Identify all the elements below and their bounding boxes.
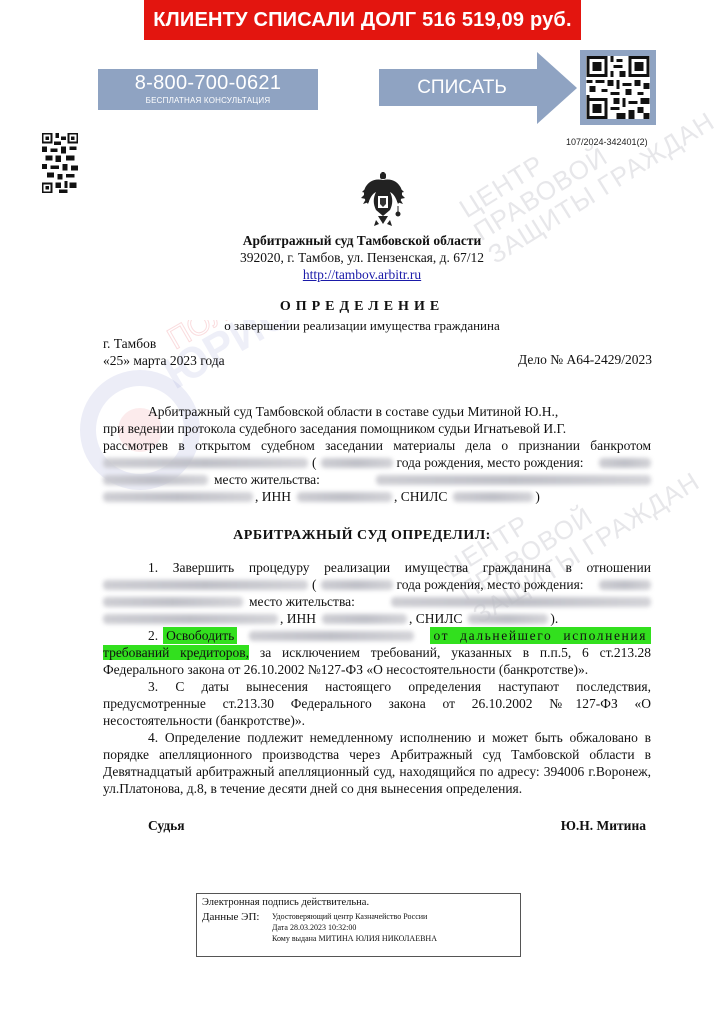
cta-label[interactable]: СПИСАТЬ ДОЛГИ — [379, 69, 537, 106]
esign-values: Удостоверяющий центр Казначейство России… — [272, 911, 437, 944]
redacted-inn — [297, 492, 392, 502]
redacted-address-cont — [103, 492, 253, 502]
redacted-birthplace — [599, 580, 651, 590]
intro-paragraph: Арбитражный суд Тамбовской области в сос… — [103, 403, 651, 505]
redacted-name — [249, 631, 414, 641]
judge-label: Судья — [148, 818, 185, 834]
inn-label: , ИНН — [255, 488, 291, 505]
court-website-link[interactable]: http://tambov.arbitr.ru — [303, 267, 421, 282]
paren-close: ). — [550, 610, 558, 627]
intro-line-3: рассмотрев в открытом судебном заседании… — [103, 437, 651, 454]
snils-label: , СНИЛС — [409, 610, 462, 627]
qr-code-icon — [586, 56, 650, 119]
redacted-inn — [322, 614, 407, 624]
redacted-birthplace-cont — [103, 597, 243, 607]
ruling-item-1: 1. Завершить процедуру реализации имущес… — [103, 559, 651, 627]
place-and-date: г. Тамбов «25» марта 2023 года — [103, 335, 225, 369]
ruling-item-3: 3. С даты вынесения настоящего определен… — [103, 678, 651, 729]
qr-code-promo[interactable] — [580, 50, 656, 125]
phone-caption: БЕСПЛАТНАЯ КОНСУЛЬТАЦИЯ — [98, 95, 318, 107]
debt-written-off-banner: КЛИЕНТУ СПИСАЛИ ДОЛГ 516 519,09 руб. — [144, 0, 581, 40]
item-2-rest: требований кредиторов, за исключением тр… — [103, 644, 651, 678]
esign-status: Электронная подпись действительна. — [202, 897, 515, 908]
intro-line-1: Арбитражный суд Тамбовской области в сос… — [103, 403, 651, 420]
write-off-debts-button[interactable]: СПИСАТЬ ДОЛГИ — [379, 52, 584, 124]
registration-number: 107/2024-342401(2) — [566, 137, 648, 147]
redacted-snils — [453, 492, 533, 502]
phone-number[interactable]: 8-800-700-0621 — [98, 71, 318, 95]
redacted-birthplace — [599, 458, 651, 468]
birth-label: года рождения, место рождения: — [397, 454, 584, 471]
intro-line-4: ( года рождения, место рождения: — [103, 454, 651, 471]
russian-coat-of-arms-icon — [360, 172, 406, 228]
ruling-item-2: 2. Освободить от дальнейшего исполнения … — [103, 627, 651, 678]
decided-heading: АРБИТРАЖНЫЙ СУД ОПРЕДЕЛИЛ: — [0, 528, 724, 544]
esign-issued-to: Кому выдана МИТИНА ЮЛИЯ НИКОЛАЕВНА — [272, 933, 437, 944]
decision-date: «25» марта 2023 года — [103, 352, 225, 369]
redacted-birthdate — [321, 458, 393, 468]
intro-line-5: место жительства: — [103, 471, 651, 488]
judge-name: Ю.Н. Митина — [561, 818, 646, 834]
arrow-right-icon — [537, 52, 577, 124]
redacted-name — [103, 580, 308, 590]
redacted-address — [376, 475, 651, 485]
paren-open: ( — [312, 454, 317, 471]
residence-label: место жительства: — [249, 593, 355, 610]
residence-label: место жительства: — [214, 471, 320, 488]
redacted-address — [391, 597, 651, 607]
paren-open: ( — [312, 576, 317, 593]
court-name: Арбитражный суд Тамбовской области — [0, 232, 724, 249]
item-1-line-3: место жительства: — [103, 593, 651, 610]
intro-line-2: при ведении протокола судебного заседани… — [103, 420, 651, 437]
esign-details: Данные ЭП: Удостоверяющий центр Казначей… — [202, 911, 515, 944]
esign-date: Дата 28.03.2023 10:32:00 — [272, 922, 437, 933]
highlight-creditors-claims: требований кредиторов, — [103, 645, 249, 660]
qr-code-document — [42, 133, 78, 193]
snils-label: , СНИЛС — [394, 488, 447, 505]
item-1-line-4: , ИНН , СНИЛС ). — [103, 610, 651, 627]
case-number: Дело № А64-2429/2023 — [518, 352, 652, 368]
paren-close: ) — [535, 488, 540, 505]
item-2-number: 2. — [148, 627, 158, 644]
esign-label: Данные ЭП: — [202, 911, 272, 944]
city: г. Тамбов — [103, 335, 225, 352]
redacted-address-cont — [103, 614, 278, 624]
intro-line-6: , ИНН , СНИЛС ) — [103, 488, 651, 505]
phone-consultation-button[interactable]: 8-800-700-0621 БЕСПЛАТНАЯ КОНСУЛЬТАЦИЯ — [98, 69, 318, 110]
document-subtitle: о завершении реализации имущества гражда… — [0, 318, 724, 334]
ruling-item-4: 4. Определение подлежит немедленному исп… — [103, 729, 651, 797]
redacted-birthplace-cont — [103, 475, 208, 485]
document-title: ОПРЕДЕЛЕНИЕ — [0, 299, 724, 315]
redacted-birthdate — [321, 580, 393, 590]
redacted-name — [103, 458, 308, 468]
court-header: Арбитражный суд Тамбовской области 39202… — [0, 232, 724, 283]
birth-label: года рождения, место рождения: — [397, 576, 584, 593]
item-1-line-1: 1. Завершить процедуру реализации имущес… — [103, 559, 651, 576]
redacted-snils — [468, 614, 548, 624]
inn-label: , ИНН — [280, 610, 316, 627]
electronic-signature-stamp: Электронная подпись действительна. Данны… — [196, 893, 521, 957]
highlight-release: Освободить — [163, 627, 237, 644]
item-2-line-1: 2. Освободить от дальнейшего исполнения — [103, 627, 651, 644]
item-1-line-2: ( года рождения, место рождения: — [103, 576, 651, 593]
esign-issuer: Удостоверяющий центр Казначейство России — [272, 911, 437, 922]
court-address: 392020, г. Тамбов, ул. Пензенская, д. 67… — [0, 249, 724, 266]
highlight-further-performance: от дальнейшего исполнения — [430, 627, 652, 644]
